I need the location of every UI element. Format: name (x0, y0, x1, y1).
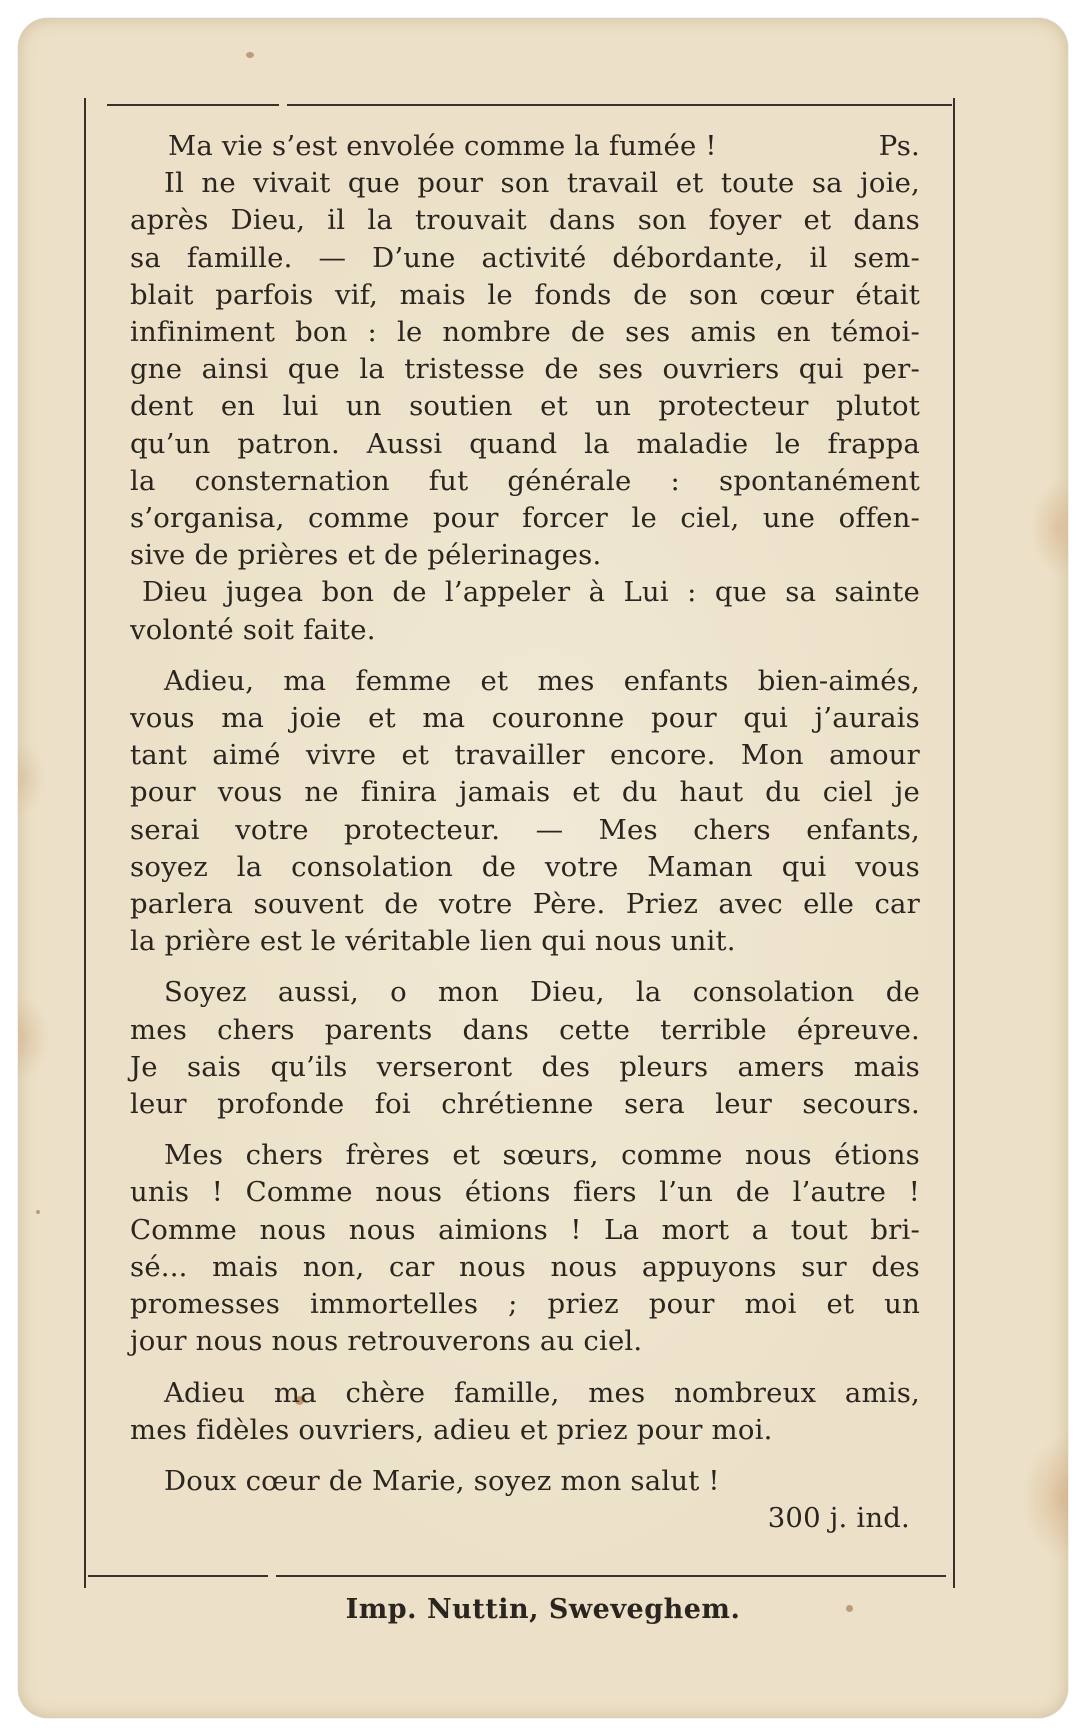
paragraph-gap (130, 1123, 920, 1137)
paragraph-1: Il ne vivait que pour son travail et tou… (130, 165, 920, 574)
printer-imprint: Imp. Nuttin, Sweveghem. (0, 1594, 1086, 1625)
paragraph-5: Mes chers frères et sœurs, comme nous ét… (130, 1137, 920, 1360)
text-line: jour nous nous retrouverons au ciel. (130, 1323, 920, 1360)
paragraph-gap (130, 1361, 920, 1375)
text-line: Mes chers frères et sœurs, comme nous ét… (130, 1137, 920, 1174)
frame-right-border (953, 98, 955, 1588)
top-rule-short (107, 104, 279, 106)
text-line: qu’un patron. Aussi quand la maladie le … (130, 426, 920, 463)
frame-left-border (84, 98, 86, 1588)
foxing-spot (246, 52, 254, 58)
title-line: Ma vie s’est envolée comme la fumée ! Ps… (130, 128, 920, 165)
paragraph-gap (130, 1449, 920, 1463)
text-line: vous ma joie et ma couronne pour qui j’a… (130, 700, 920, 737)
text-line: Adieu ma chère famille, mes nombreux ami… (130, 1375, 920, 1412)
text-line: Il ne vivait que pour son travail et tou… (130, 165, 920, 202)
paragraph-gap (130, 960, 920, 974)
text-line: leur profonde foi chrétienne sera leur s… (130, 1086, 920, 1123)
text-line: la prière est le véritable lien qui nous… (130, 923, 920, 960)
text-line: sa famille. — D’une activité débordante,… (130, 240, 920, 277)
text-line: blait parfois vif, mais le fonds de son … (130, 277, 920, 314)
card-text: Ma vie s’est envolée comme la fumée ! Ps… (130, 128, 920, 1537)
paragraph-3: Adieu, ma femme et mes enfants bien-aimé… (130, 663, 920, 961)
paragraph-4: Soyez aussi, o mon Dieu, la consolation … (130, 974, 920, 1123)
text-line: après Dieu, il la trouvait dans son foye… (130, 202, 920, 239)
title-source: Ps. (879, 128, 920, 165)
text-line: s’organisa, comme pour forcer le ciel, u… (130, 500, 920, 537)
text-line: pour vous ne finira jamais et du haut du… (130, 774, 920, 811)
bottom-rule-long (276, 1575, 946, 1577)
text-line: volonté soit faite. (130, 612, 920, 649)
closing-prayer: Doux cœur de Marie, soyez mon salut ! (130, 1463, 920, 1500)
bottom-rule-short (88, 1575, 268, 1577)
indulgence-note: 300 j. ind. (130, 1500, 920, 1537)
text-line: tant aimé vivre et travailler encore. Mo… (130, 737, 920, 774)
text-line: unis ! Comme nous étions fiers l’un de l… (130, 1174, 920, 1211)
paragraph-gap (130, 649, 920, 663)
paragraph-2: Dieu jugea bon de l’appeler à Lui : que … (130, 574, 920, 648)
text-line: Comme nous nous aimions ! La mort a tout… (130, 1212, 920, 1249)
text-line: gne ainsi que la tristesse de ses ouvrie… (130, 351, 920, 388)
text-line: infiniment bon : le nombre de ses amis e… (130, 314, 920, 351)
text-line: serai votre protecteur. — Mes chers enfa… (130, 812, 920, 849)
text-line: sive de prières et de pélerinages. (130, 537, 920, 574)
text-line: mes fidèles ouvriers, adieu et priez pou… (130, 1412, 920, 1449)
text-line: dent en lui un soutien et un protecteur … (130, 388, 920, 425)
text-line: Je sais qu’ils verseront des pleurs amer… (130, 1049, 920, 1086)
text-line: Dieu jugea bon de l’appeler à Lui : que … (130, 574, 920, 611)
text-line: Adieu, ma femme et mes enfants bien-aimé… (130, 663, 920, 700)
text-line: Soyez aussi, o mon Dieu, la consolation … (130, 974, 920, 1011)
text-line: soyez la consolation de votre Maman qui … (130, 849, 920, 886)
text-line: sé... mais non, car nous nous appuyons s… (130, 1249, 920, 1286)
text-line: mes chers parents dans cette terrible ép… (130, 1012, 920, 1049)
text-line: parlera souvent de votre Père. Priez ave… (130, 886, 920, 923)
title-text: Ma vie s’est envolée comme la fumée ! (168, 128, 717, 165)
paragraph-6: Adieu ma chère famille, mes nombreux ami… (130, 1375, 920, 1449)
text-line: la consternation fut générale : spontané… (130, 463, 920, 500)
foxing-spot (36, 1210, 40, 1214)
top-rule-long (287, 104, 952, 106)
text-line: promesses immortelles ; priez pour moi e… (130, 1286, 920, 1323)
